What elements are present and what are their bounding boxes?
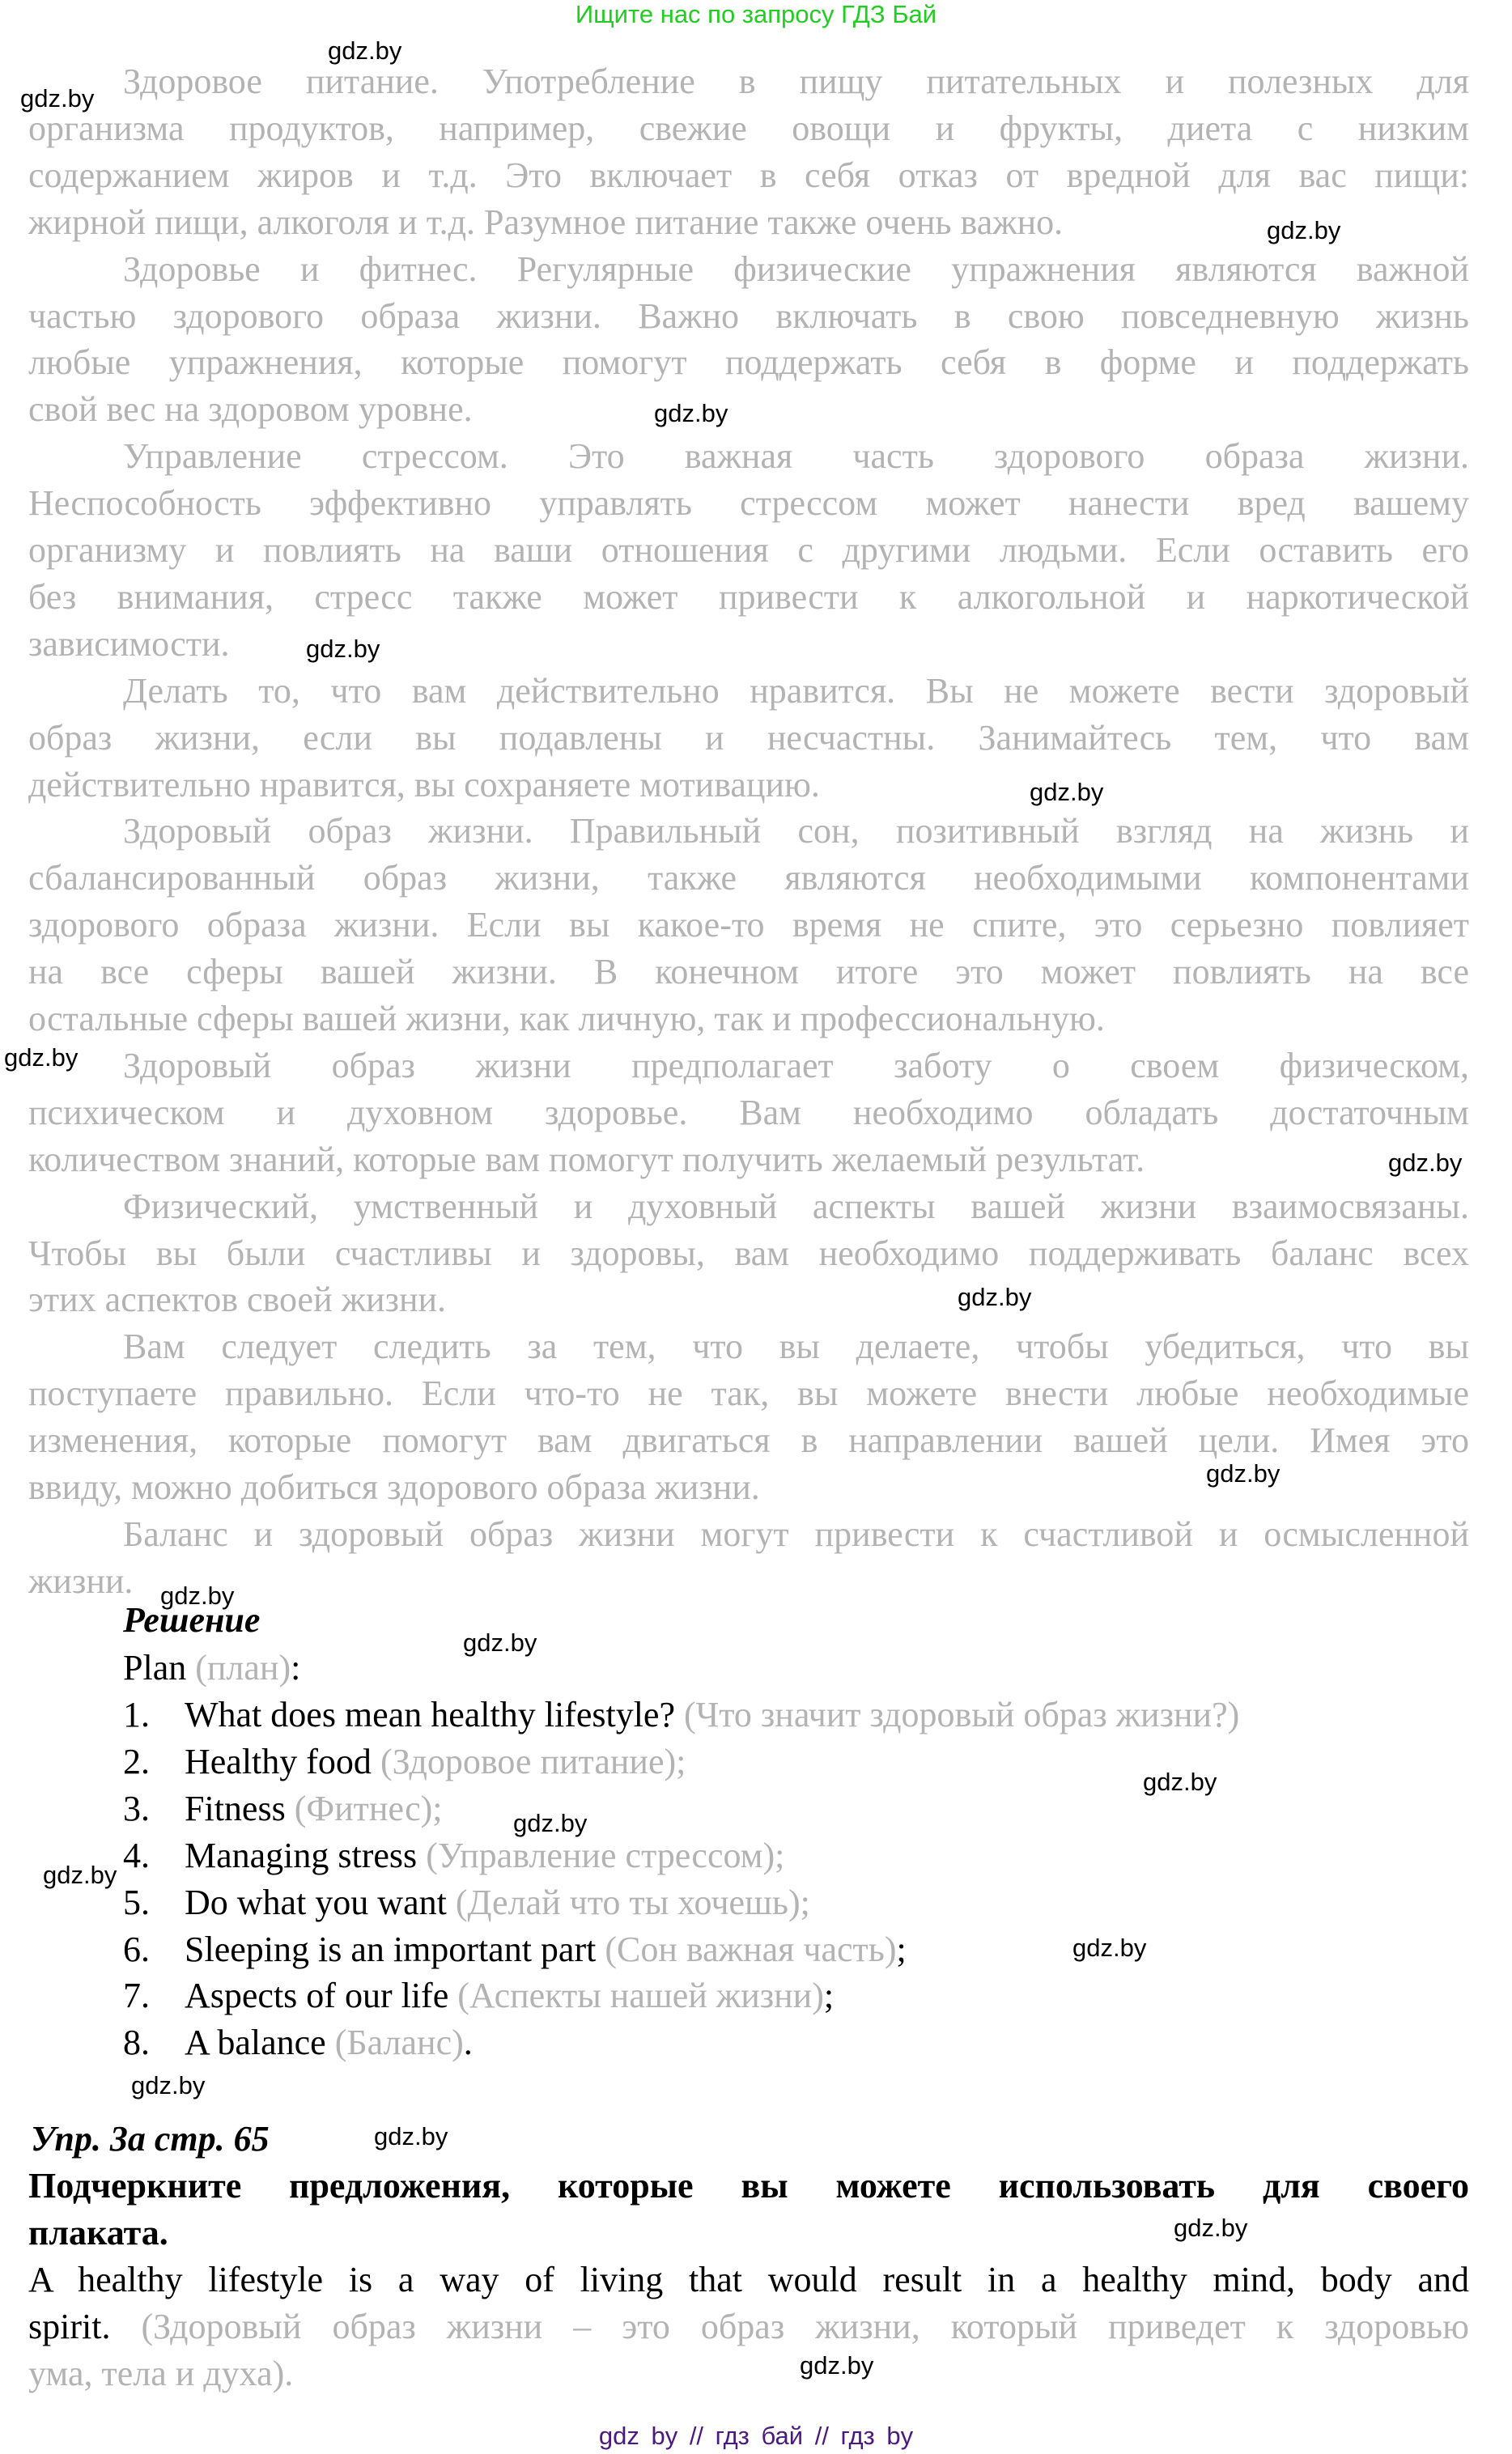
watermark-label: gdz.by — [800, 2352, 873, 2380]
plan-item-english: Aspects of our life — [185, 1976, 448, 2015]
essay-line: организму и повлиять на ваши отношения с… — [28, 527, 1469, 574]
plan-item-english: Fitness — [185, 1789, 286, 1828]
plan-item-english: Healthy food — [185, 1742, 372, 1781]
watermark-label: gdz.by — [131, 2072, 205, 2099]
watermark-label: gdz.by — [958, 1284, 1031, 1311]
plan-item-punctuation: . — [464, 2023, 473, 2062]
plan-label: Plan — [123, 1648, 186, 1688]
plan-item-number: 5. — [123, 1879, 185, 1926]
answer-line-3: ума, тела и духа). — [28, 2350, 1469, 2397]
essay-line: поступаете правильно. Если что-то не так… — [28, 1370, 1469, 1417]
essay-line: сбалансированный образ жизни, также явля… — [28, 855, 1469, 902]
watermark-label: gdz.by — [463, 1629, 537, 1657]
footer-links-banner: gdz by // гдз бай // гдз by — [0, 2422, 1512, 2454]
plan-item: 2.Healthy food (Здоровое питание); — [123, 1739, 686, 1785]
plan-item: 6.Sleeping is an important part (Сон важ… — [123, 1926, 907, 1973]
essay-line: Физический, умственный и духовный аспект… — [123, 1183, 1469, 1230]
plan-item-translation: (Здоровое питание); — [380, 1742, 686, 1781]
essay-line: здорового образа жизни. Если вы какое-то… — [28, 902, 1469, 949]
plan-item-translation: (Баланс) — [335, 2023, 464, 2062]
plan-item-translation: (Аспекты нашей жизни) — [457, 1976, 824, 2015]
plan-item-number: 3. — [123, 1785, 185, 1832]
plan-item-number: 1. — [123, 1692, 185, 1739]
essay-line: Делать то, что вам действительно нравитс… — [123, 668, 1469, 715]
watermark-label: gdz.by — [4, 1044, 78, 1072]
search-promo-banner: Ищите нас по запросу ГДЗ Бай — [0, 0, 1512, 32]
essay-line: содержанием жиров и т.д. Это включает в … — [28, 152, 1469, 199]
plan-item-number: 4. — [123, 1832, 185, 1879]
essay-line: Неспособность эффективно управлять стрес… — [28, 480, 1469, 527]
watermark-label: gdz.by — [328, 37, 401, 65]
answer-line-2-ru: (Здоровый образ жизни – это образ жизни,… — [142, 2307, 1469, 2346]
plan-item-number: 7. — [123, 1972, 185, 2019]
answer-line-2-en: spirit. — [28, 2307, 110, 2346]
essay-line: Здоровое питание. Употребление в пищу пи… — [123, 58, 1469, 105]
essay-line: Здоровый образ жизни предполагает заботу… — [123, 1042, 1469, 1089]
plan-item-number: 2. — [123, 1739, 185, 1785]
exercise-instruction-line-1: Подчеркните предложения, которые вы може… — [28, 2163, 1469, 2210]
plan-item-translation: (Делай что ты хочешь); — [456, 1883, 810, 1922]
watermark-label: gdz.by — [1388, 1149, 1462, 1177]
plan-colon: : — [291, 1648, 300, 1688]
watermark-label: gdz.by — [160, 1582, 234, 1610]
plan-item-number: 6. — [123, 1926, 185, 1973]
essay-line: действительно нравится, вы сохраняете мо… — [28, 762, 1469, 809]
plan-label-line: Plan (план): — [123, 1645, 300, 1692]
plan-item-translation: (Управление стрессом); — [426, 1836, 784, 1875]
plan-item-punctuation: ; — [824, 1976, 834, 2015]
watermark-label: gdz.by — [43, 1862, 117, 1889]
watermark-label: gdz.by — [1267, 217, 1340, 244]
watermark-label: gdz.by — [513, 1810, 587, 1837]
essay-line: организма продуктов, например, свежие ов… — [28, 105, 1469, 152]
plan-item-english: Sleeping is an important part — [185, 1930, 596, 1969]
exercise-title: Упр. 3а стр. 65 — [31, 2116, 270, 2163]
plan-item-english: Do what you want — [185, 1883, 447, 1922]
plan-item: 1.What does mean healthy lifestyle? (Что… — [123, 1692, 1239, 1739]
solution-heading: Решение — [123, 1597, 1512, 1644]
essay-line: изменения, которые помогут вам двигаться… — [28, 1417, 1469, 1464]
essay-line: Управление стрессом. Это важная часть зд… — [123, 433, 1469, 480]
plan-item: 7.Aspects of our life (Аспекты нашей жиз… — [123, 1972, 834, 2019]
exercise-instruction-line-2: плаката. — [28, 2210, 1469, 2257]
essay-line: психическом и духовном здоровье. Вам нео… — [28, 1089, 1469, 1136]
watermark-label: gdz.by — [654, 400, 728, 427]
essay-line: Здоровье и фитнес. Регулярные физические… — [123, 246, 1469, 293]
plan-item-english: Managing stress — [185, 1836, 417, 1875]
plan-item-english: What does mean healthy lifestyle? — [185, 1695, 675, 1734]
essay-line: Здоровый образ жизни. Правильный сон, по… — [123, 808, 1469, 855]
essay-line: частью здорового образа жизни. Важно вкл… — [28, 293, 1469, 340]
plan-item-translation: (Сон важная часть) — [605, 1930, 896, 1969]
watermark-label: gdz.by — [306, 635, 380, 663]
essay-line: зависимости. — [28, 621, 1469, 668]
essay-line: образ жизни, если вы подавлены и несчаст… — [28, 715, 1469, 762]
essay-line: жирной пищи, алкоголя и т.д. Разумное пи… — [28, 199, 1469, 246]
watermark-label: gdz.by — [20, 85, 94, 113]
essay-line: этих аспектов своей жизни. — [28, 1276, 1469, 1323]
essay-line: свой вес на здоровом уровне. — [28, 386, 1469, 433]
answer-line-2: spirit. (Здоровый образ жизни – это обра… — [28, 2303, 1469, 2350]
watermark-label: gdz.by — [374, 2123, 448, 2150]
plan-item-number: 8. — [123, 2019, 185, 2066]
essay-line: без внимания, стресс также может привест… — [28, 574, 1469, 621]
essay-line: Баланс и здоровый образ жизни могут прив… — [123, 1511, 1469, 1558]
watermark-label: gdz.by — [1030, 779, 1103, 806]
plan-item: 5.Do what you want (Делай что ты хочешь)… — [123, 1879, 810, 1926]
watermark-label: gdz.by — [1143, 1768, 1217, 1796]
watermark-label: gdz.by — [1206, 1460, 1280, 1488]
essay-line: на все сферы вашей жизни. В конечном ито… — [28, 949, 1469, 996]
plan-item-translation: (Фитнес); — [295, 1789, 443, 1828]
essay-line: остальные сферы вашей жизни, как личную,… — [28, 996, 1469, 1042]
plan-item-translation: (Что значит здоровый образ жизни?) — [684, 1695, 1239, 1734]
plan-item-punctuation: ; — [896, 1930, 906, 1969]
essay-line: любые упражнения, которые помогут поддер… — [28, 339, 1469, 386]
essay-line: Вам следует следить за тем, что вы делае… — [123, 1323, 1469, 1370]
plan-item: 8.A balance (Баланс). — [123, 2019, 473, 2066]
essay-line: Чтобы вы были счастливы и здоровы, вам н… — [28, 1230, 1469, 1277]
plan-item: 3.Fitness (Фитнес); — [123, 1785, 442, 1832]
watermark-label: gdz.by — [1072, 1934, 1146, 1962]
plan-translation: (план) — [195, 1648, 291, 1688]
plan-item-english: A balance — [185, 2023, 326, 2062]
essay-line: количеством знаний, которые вам помогут … — [28, 1136, 1469, 1183]
watermark-label: gdz.by — [1174, 2214, 1247, 2242]
answer-line-1: A healthy lifestyle is a way of living t… — [28, 2257, 1469, 2303]
plan-item: 4.Managing stress (Управление стрессом); — [123, 1832, 784, 1879]
